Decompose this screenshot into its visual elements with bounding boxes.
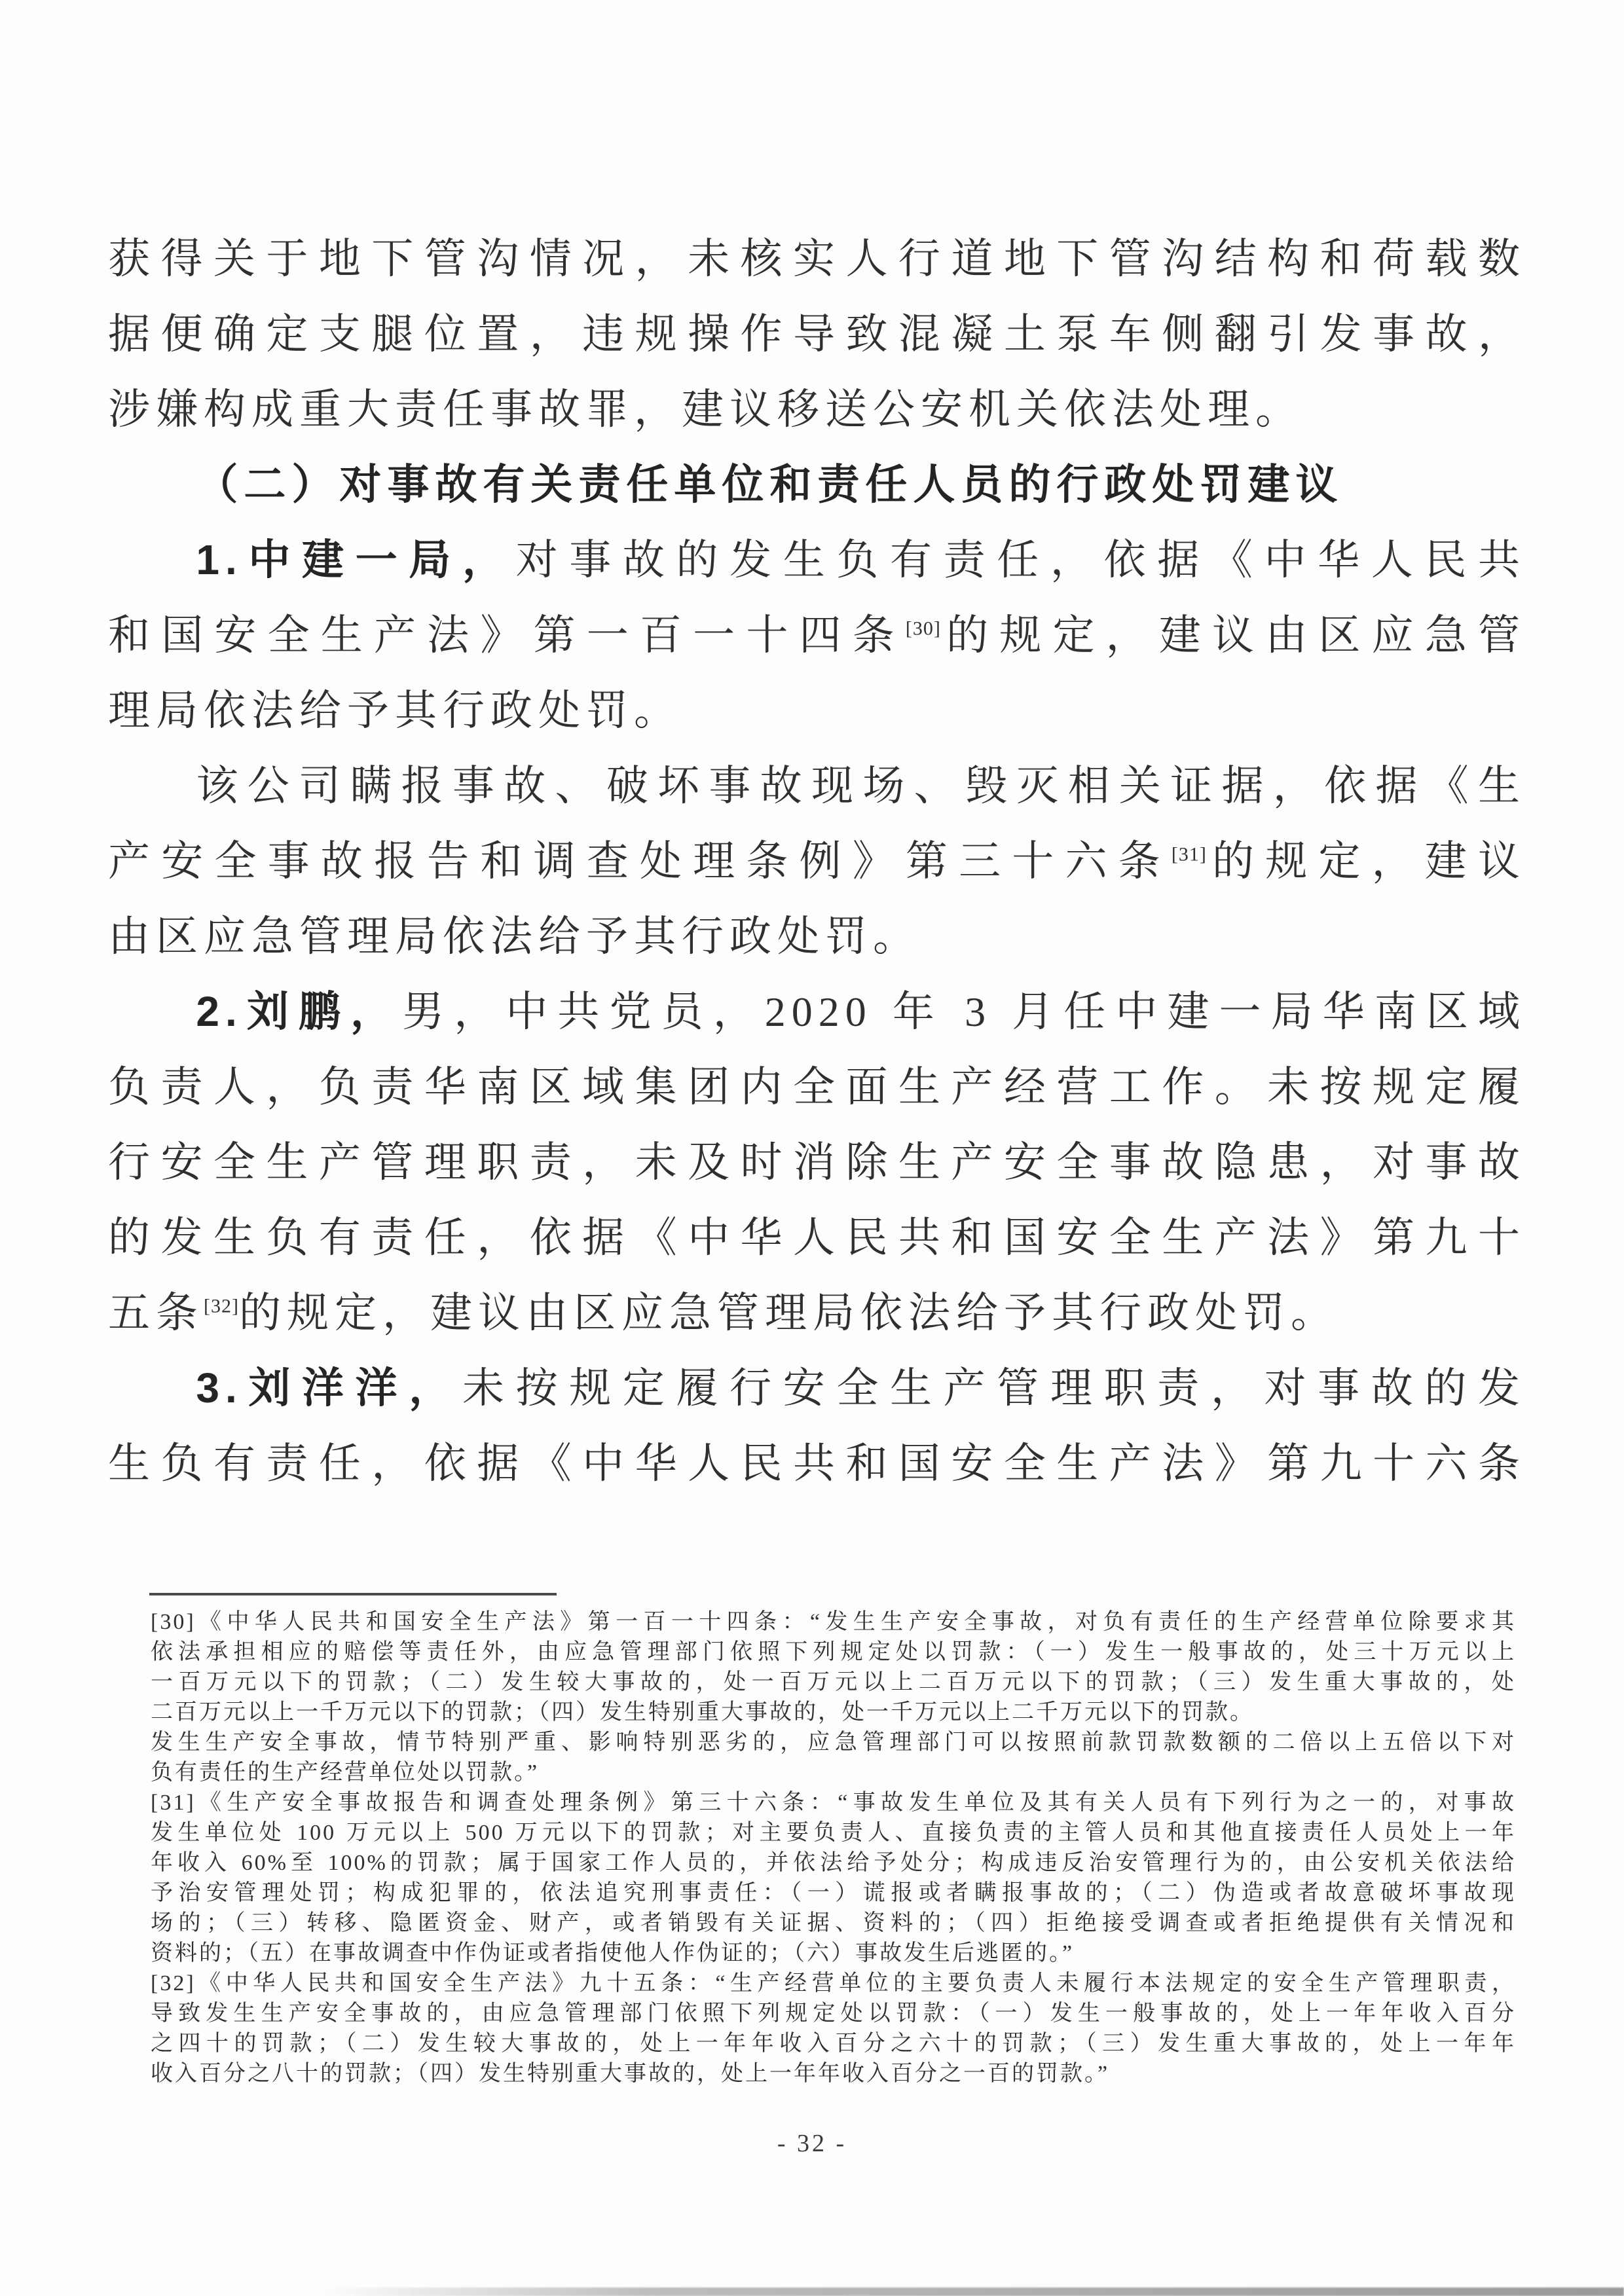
- body-line: 涉嫌构成重大责任事故罪，建议移送公安机关依法处理。: [108, 372, 1526, 447]
- body-text: 获得关于地下管沟情况，未核实人行道地下管沟结构和荷载数 据便确定支腿位置，违规操…: [108, 221, 1526, 1501]
- body-line: 2.刘鹏，男，中共党员，2020 年 3 月任中建一局华南区域: [108, 974, 1526, 1049]
- document-page: 获得关于地下管沟情况，未核实人行道地下管沟结构和荷载数 据便确定支腿位置，违规操…: [0, 0, 1624, 2296]
- footnote-line: 一百万元以下的罚款；（二）发生较大事故的，处一百万元以上二百万元以下的罚款；（三…: [151, 1667, 1516, 1698]
- footnote-ref-31: [31]: [1172, 844, 1207, 866]
- footnote-line: 年收入 60%至 100%的罚款；属于国家工作人员的，并依法给予处分；构成违反治…: [151, 1848, 1516, 1878]
- footnote-line: 场的；（三）转移、隐匿资金、财产，或者销毁有关证据、资料的；（四）拒绝接受调查或…: [151, 1908, 1516, 1939]
- body-line: 负责人，负责华南区域集团内全面生产经营工作。未按规定履: [108, 1049, 1526, 1125]
- footnote-line: 之四十的罚款；（二）发生较大事故的，处上一年年收入百分之六十的罚款；（三）发生重…: [151, 2029, 1516, 2059]
- body-line: 五条[32]的规定，建议由区应急管理局依法给予其行政处罚。: [108, 1275, 1526, 1351]
- body-line: 据便确定支腿位置，违规操作导致混凝土泵车侧翻引发事故，: [108, 297, 1526, 372]
- footnote-line: 发生生产安全事故，情节特别严重、影响特别恶劣的，应急管理部门可以按照前款罚款数额…: [151, 1728, 1516, 1758]
- footnote-line: 资料的；（五）在事故调查中作伪证或者指使他人作伪证的；（六）事故发生后逃匿的。”: [151, 1939, 1516, 1969]
- footnote-line: [30]《中华人民共和国安全生产法》第一百一十四条：“发生生产安全事故，对负有责…: [151, 1607, 1516, 1637]
- page-number: - 32 -: [0, 2129, 1624, 2158]
- body-line: 由区应急管理局依法给予其行政处罚。: [108, 899, 1526, 974]
- footnote-line: 二百万元以上一千万元以下的罚款；（四）发生特别重大事故的，处一千万元以上二千万元…: [151, 1698, 1516, 1728]
- scan-edge-artifact: [321, 2287, 1624, 2296]
- body-line: 产安全事故报告和调查处理条例》第三十六条[31]的规定，建议: [108, 824, 1526, 899]
- body-line: 3.刘洋洋，未按规定履行安全生产管理职责，对事故的发: [108, 1351, 1526, 1426]
- bold-lead: 1.中建一局，: [196, 536, 515, 583]
- footnote-line: 发生单位处 100 万元以上 500 万元以下的罚款；对主要负责人、直接负责的主…: [151, 1818, 1516, 1848]
- section-heading: （二）对事故有关责任单位和责任人员的行政处罚建议: [108, 447, 1526, 522]
- body-line: 该公司瞒报事故、破坏事故现场、毁灭相关证据，依据《生: [108, 748, 1526, 824]
- footnote-line: 依法承担相应的赔偿等责任外，由应急管理部门依照下列规定处以罚款：（一）发生一般事…: [151, 1637, 1516, 1667]
- footnote-separator: [149, 1593, 557, 1595]
- footnote-line: [31]《生产安全事故报告和调查处理条例》第三十六条：“事故发生单位及其有关人员…: [151, 1788, 1516, 1818]
- footnote-ref-30: [30]: [906, 618, 941, 640]
- footnote-line: 收入百分之八十的罚款；（四）发生特别重大事故的，处上一年年收入百分之一百的罚款。…: [151, 2059, 1516, 2089]
- footnote-line: [32]《中华人民共和国安全生产法》九十五条：“生产经营单位的主要负责人未履行本…: [151, 1969, 1516, 1999]
- footnote-line: 予治安管理处罚；构成犯罪的，依法追究刑事责任：（一）谎报或者瞒报事故的；（二）伪…: [151, 1878, 1516, 1908]
- body-line: 理局依法给予其行政处罚。: [108, 673, 1526, 748]
- body-line: 和国安全生产法》第一百一十四条[30]的规定，建议由区应急管: [108, 598, 1526, 673]
- bold-lead: 3.刘洋洋，: [196, 1364, 462, 1412]
- footnotes: [30]《中华人民共和国安全生产法》第一百一十四条：“发生生产安全事故，对负有责…: [151, 1607, 1516, 2089]
- bold-lead: 2.刘鹏，: [196, 988, 402, 1035]
- body-line: 获得关于地下管沟情况，未核实人行道地下管沟结构和荷载数: [108, 221, 1526, 297]
- footnote-ref-32: [32]: [204, 1296, 239, 1317]
- body-line: 1.中建一局，对事故的发生负有责任，依据《中华人民共: [108, 522, 1526, 598]
- footnote-line: 负有责任的生产经营单位处以罚款。”: [151, 1758, 1516, 1788]
- body-line: 行安全生产管理职责，未及时消除生产安全事故隐患，对事故: [108, 1125, 1526, 1200]
- body-line: 的发生负有责任，依据《中华人民共和国安全生产法》第九十: [108, 1200, 1526, 1275]
- footnote-line: 导致发生生产安全事故的，由应急管理部门依照下列规定处以罚款：（一）发生一般事故的…: [151, 1999, 1516, 2029]
- body-line: 生负有责任，依据《中华人民共和国安全生产法》第九十六条: [108, 1426, 1526, 1501]
